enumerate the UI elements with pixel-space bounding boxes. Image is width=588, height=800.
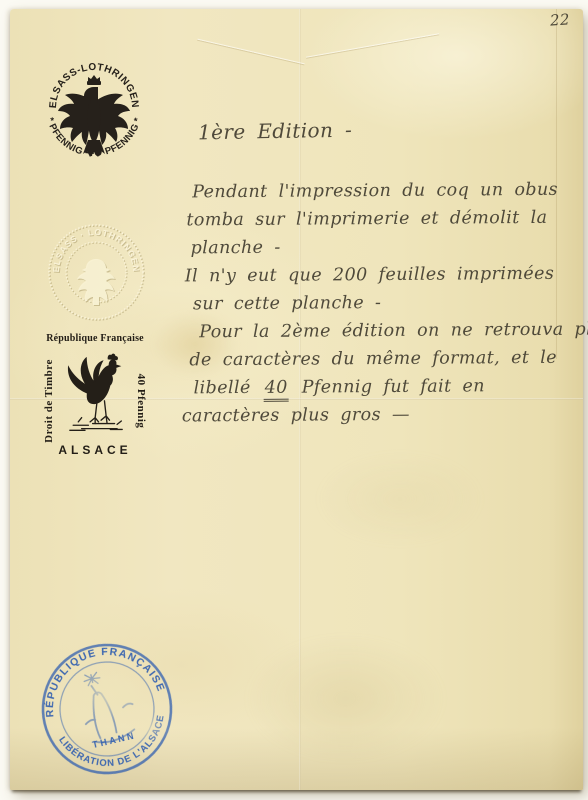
revenue-stamp-right-label: 40 Pfennig	[135, 346, 147, 456]
manuscript-line: libellé 40 Pfennig fut fait en	[193, 372, 583, 403]
manuscript-line: Pour la 2ème édition on ne retrouva plus	[199, 316, 583, 347]
crease-diagonal-right	[306, 33, 439, 57]
manuscript-line: tomba sur l'imprimerie et démolit la	[186, 204, 582, 235]
manuscript-line-part: libellé	[194, 378, 251, 398]
manuscript-line: Il n'y eut que 200 feuilles imprimées	[185, 260, 583, 291]
revenue-stamp: République Française Droit de Timbre 40 …	[43, 331, 147, 457]
manuscript-line-part: Pfennig fut fait en	[302, 376, 485, 397]
scan-background: { "annotations": { "page_number": "22" }…	[0, 0, 588, 800]
embossed-eagle-icon	[77, 259, 115, 305]
document-paper: 22 ELSASS-LOTHRINGEN * PFENNIG 40 PFENNI…	[10, 9, 583, 790]
manuscript-line: sur cette planche -	[193, 288, 583, 319]
imperial-40pfennig-stamp: ELSASS-LOTHRINGEN * PFENNIG 40 PFENNIG *	[38, 52, 150, 164]
show-through-ghost	[238, 631, 453, 766]
revenue-stamp-title: République Française	[43, 333, 147, 344]
show-through-ghost	[310, 449, 490, 549]
revenue-stamp-left-label: Droit de Timbre	[43, 346, 55, 456]
manuscript-heading: 1ère Edition -	[198, 118, 353, 145]
underlined-value: 40	[264, 378, 289, 402]
manuscript-line: Pendant l'impression du coq un obus	[192, 176, 582, 207]
embossed-seal: ELSASS · LOTHRINGEN	[45, 221, 147, 323]
manuscript-line: de caractères du même format, et le	[189, 344, 583, 375]
rooster-icon	[58, 351, 134, 437]
page-number-annotation: 22	[549, 10, 570, 29]
stamp-fade-overlay	[39, 641, 179, 781]
manuscript-line: planche -	[191, 232, 583, 263]
manuscript-line: caractères plus gros —	[182, 400, 584, 431]
crease-diagonal-left	[197, 39, 304, 65]
manuscript-text: Pendant l'impression du coq un obus tomb…	[184, 176, 584, 431]
revenue-stamp-region-label: ALSACE	[43, 443, 147, 457]
